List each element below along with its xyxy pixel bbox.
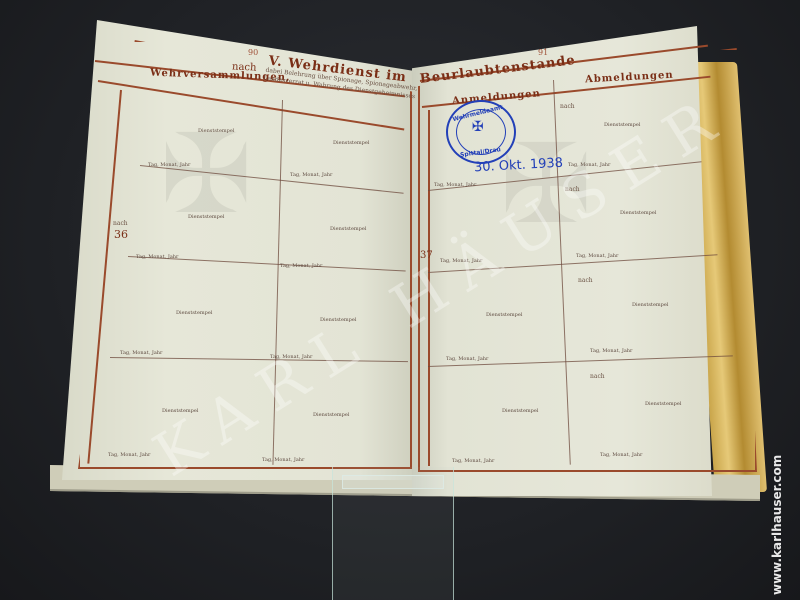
acrylic-stand-tab [342, 475, 444, 489]
right-cell-6-stamp-label: Dienststempel [632, 302, 668, 308]
wehrpass-booklet: ✠ ✠ 90 nach V. Wehrdienst im Wehrversamm… [0, 0, 800, 600]
left-cell-1-date-label: Tag, Monat, Jahr [148, 162, 190, 168]
left-cell-1-stamp-label: Dienststempel [198, 128, 234, 134]
right-cell-8-date-label: Tag, Monat, Jahr [600, 452, 642, 458]
right-nach-label-3: nach [578, 277, 593, 284]
right-cell-7-stamp-label: Dienststempel [502, 408, 538, 414]
left-cell-8-stamp-label: Dienststempel [313, 412, 349, 418]
left-side-label: nach [113, 220, 128, 227]
right-nach-label-4: nach [590, 373, 605, 380]
right-cell-5-date-label: Tag, Monat, Jahr [446, 356, 488, 362]
left-page-number: 90 [248, 48, 258, 57]
left-cell-5-date-label: Tag, Monat, Jahr [120, 350, 162, 356]
left-side-number: 36 [114, 228, 128, 241]
right-nach-label-1: nach [560, 103, 575, 110]
seller-website: www.karlhauser.com [770, 455, 784, 595]
left-cell-3-stamp-label: Dienststempel [188, 214, 224, 220]
left-cell-7-date-label: Tag, Monat, Jahr [108, 452, 150, 458]
left-cell-2-date-label: Tag, Monat, Jahr [290, 172, 332, 178]
left-cell-3-date-label: Tag, Monat, Jahr [136, 254, 178, 260]
right-cell-8-stamp-label: Dienststempel [645, 401, 681, 407]
left-cell-5-stamp-label: Dienststempel [176, 310, 212, 316]
right-cell-6-date-label: Tag, Monat, Jahr [590, 348, 632, 354]
left-cell-4-stamp-label: Dienststempel [330, 226, 366, 232]
left-cell-4-date-label: Tag, Monat, Jahr [280, 263, 322, 269]
right-cell-4-date-label: Tag, Monat, Jahr [576, 253, 618, 259]
right-cell-7-date-label: Tag, Monat, Jahr [452, 458, 494, 464]
wehrmeldeamt-stamp: Wehrmeldeamt ✠ Spittal/Drau [446, 100, 516, 164]
eagle-emblem-icon: ✠ [472, 120, 484, 134]
right-cell-1-date-label: Tag, Monat, Jahr [434, 182, 476, 188]
right-cell-5-stamp-label: Dienststempel [486, 312, 522, 318]
left-cell-2-stamp-label: Dienststempel [333, 140, 369, 146]
left-cell-8-date-label: Tag, Monat, Jahr [262, 457, 304, 463]
